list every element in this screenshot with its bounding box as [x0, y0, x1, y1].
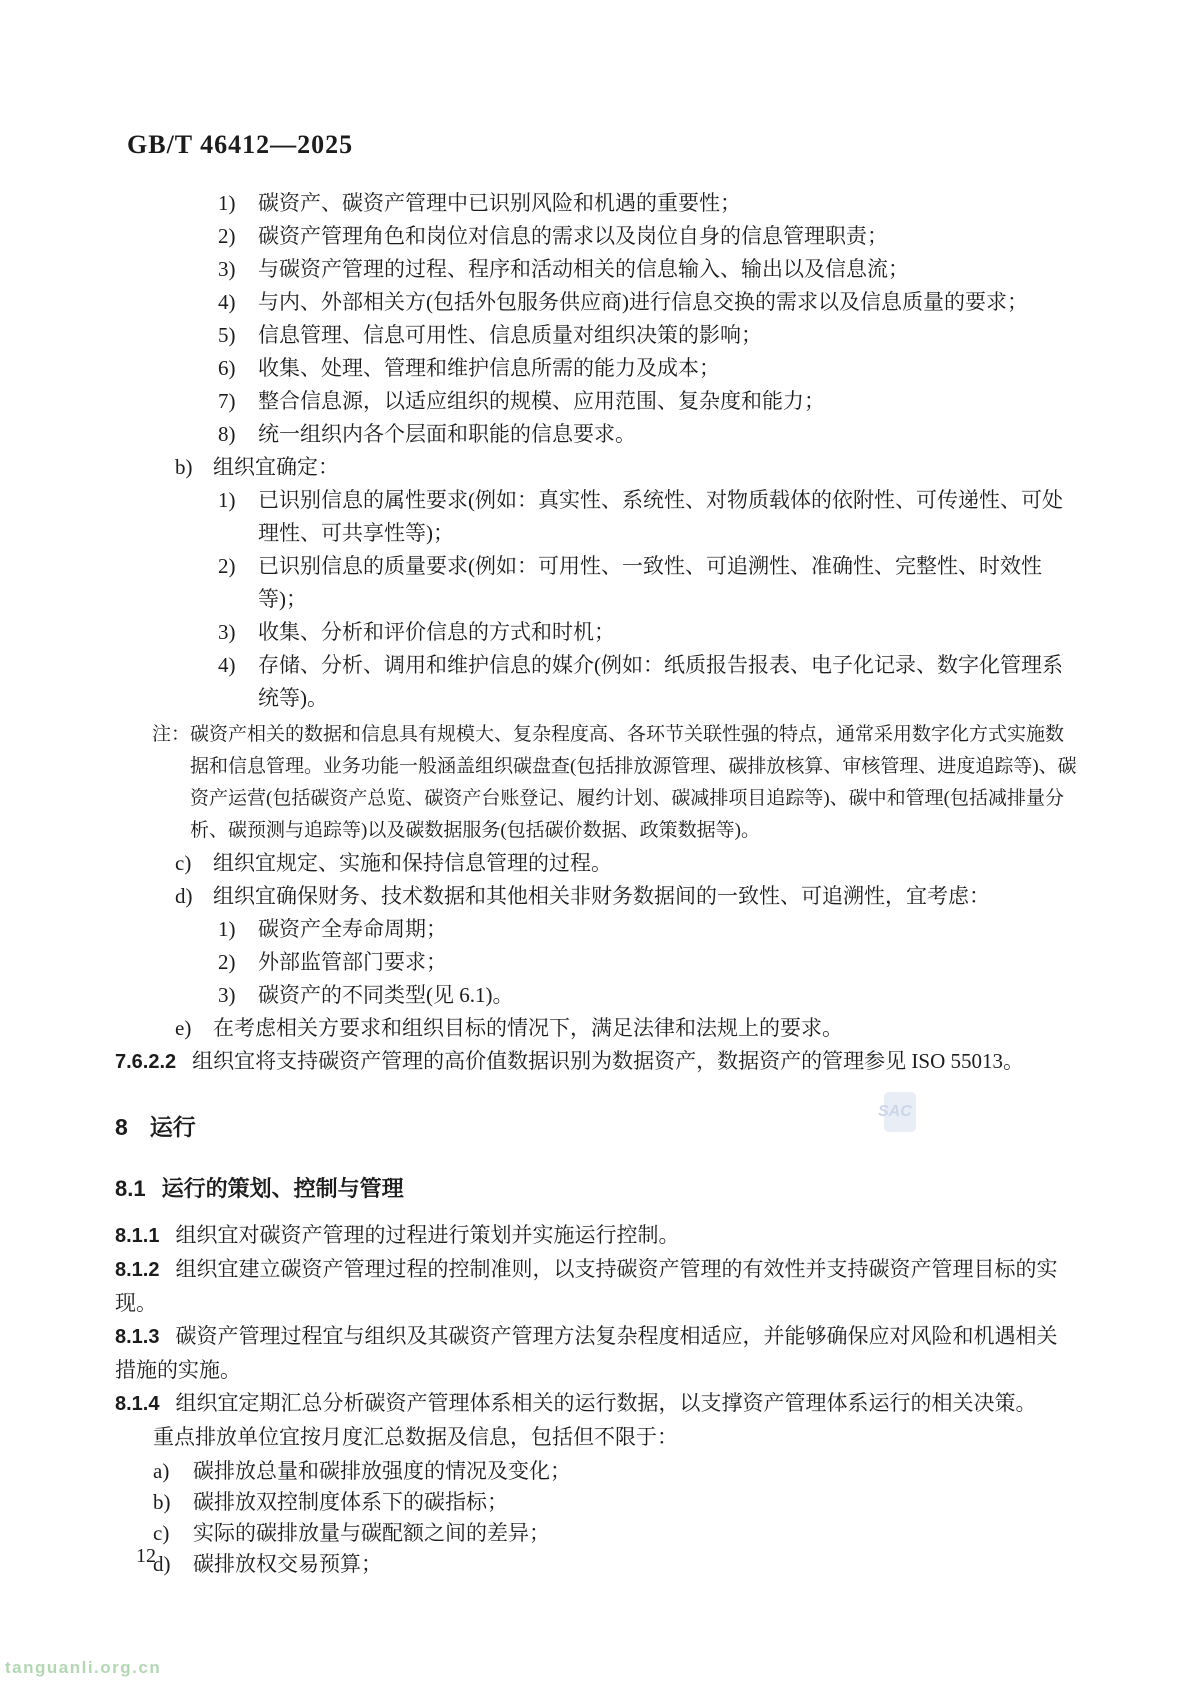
list-marker: 2)	[218, 946, 258, 979]
list-text: 碳资产全寿命周期；	[258, 917, 447, 941]
site-watermark: tanguanli.org.cn	[5, 1658, 161, 1678]
note-text: 碳资产相关的数据和信息具有规模大、复杂程度高、各环节关联性强的特点，通常采用数字…	[190, 724, 1077, 841]
list-item-b: b)组织宜确定：	[115, 451, 1078, 484]
list-text: 整合信息源，以适应组织的规模、应用范围、复杂度和能力；	[258, 389, 825, 413]
clause-8-1-4: 8.1.4组织宜定期汇总分析碳资产管理体系相关的运行数据，以支撑资产管理体系运行…	[115, 1387, 1078, 1421]
section-title: 运行的策划、控制与管理	[162, 1176, 404, 1201]
sac-watermark: SAC	[884, 1092, 944, 1136]
list-item: 5)信息管理、信息可用性、信息质量对组织决策的影响；	[115, 319, 1078, 352]
list-marker: 7)	[218, 385, 258, 418]
clause-number: 8.1.4	[115, 1393, 159, 1415]
section-number: 8	[115, 1114, 128, 1140]
list-text: 碳排放权交易预算；	[193, 1552, 382, 1576]
clause-text: 组织宜定期汇总分析碳资产管理体系相关的运行数据，以支撑资产管理体系运行的相关决策…	[175, 1391, 1036, 1415]
clause-8-1-2: 8.1.2组织宜建立碳资产管理过程的控制准则，以支持碳资产管理的有效性并支持碳资…	[115, 1253, 1078, 1320]
list-marker: 5)	[218, 319, 258, 352]
note-label: 注：	[152, 719, 190, 751]
clause-8-1-3: 8.1.3碳资产管理过程宜与组织及其碳资产管理方法复杂程度相适应，并能够确保应对…	[115, 1320, 1078, 1387]
list-marker: b)	[175, 451, 213, 484]
list-marker: 8)	[218, 418, 258, 451]
list-text: 已识别信息的质量要求(例如：可用性、一致性、可追溯性、准确性、完整性、时效性等)…	[258, 554, 1042, 611]
page-content: GB/T 46412—2025 1)碳资产、碳资产管理中已识别风险和机遇的重要性…	[115, 0, 1078, 1580]
list-text: 存储、分析、调用和维护信息的媒介(例如：纸质报告报表、电子化记录、数字化管理系统…	[258, 653, 1063, 710]
list-text: 组织宜确保财务、技术数据和其他相关非财务数据间的一致性、可追溯性，宜考虑：	[213, 884, 990, 908]
list-item: c)实际的碳排放量与碳配额之间的差异；	[115, 1518, 1078, 1549]
list-text: 组织宜确定：	[213, 455, 339, 479]
clause-text: 组织宜建立碳资产管理过程的控制准则，以支持碳资产管理的有效性并支持碳资产管理目标…	[115, 1257, 1057, 1315]
list-item: 8)统一组织内各个层面和职能的信息要求。	[115, 418, 1078, 451]
list-item: 3)收集、分析和评价信息的方式和时机；	[115, 616, 1078, 649]
paragraph-monthly-summary: 重点排放单位宜按月度汇总数据及信息，包括但不限于：	[115, 1421, 1078, 1454]
list-marker: 2)	[218, 550, 258, 583]
list-item: 7)整合信息源，以适应组织的规模、应用范围、复杂度和能力；	[115, 385, 1078, 418]
list-text: 收集、处理、管理和维护信息所需的能力及成本；	[258, 356, 720, 380]
lettered-list-bottom: a)碳排放总量和碳排放强度的情况及变化； b)碳排放双控制度体系下的碳指标； c…	[115, 1456, 1078, 1580]
list-marker: 1)	[218, 187, 258, 220]
list-item: 4)与内、外部相关方(包括外包服务供应商)进行信息交换的需求以及信息质量的要求；	[115, 286, 1078, 319]
list-marker: 3)	[218, 979, 258, 1012]
list-item: 2)外部监管部门要求；	[115, 946, 1078, 979]
list-text: 组织宜规定、实施和保持信息管理的过程。	[213, 851, 612, 875]
list-text: 与内、外部相关方(包括外包服务供应商)进行信息交换的需求以及信息质量的要求；	[258, 290, 1028, 314]
sac-logo-text: SAC	[878, 1103, 912, 1121]
document-page: GB/T 46412—2025 1)碳资产、碳资产管理中已识别风险和机遇的重要性…	[0, 0, 1190, 1684]
list-marker: 1)	[218, 913, 258, 946]
list-text: 碳资产的不同类型(见 6.1)。	[258, 983, 514, 1007]
list-item: 4)存储、分析、调用和维护信息的媒介(例如：纸质报告报表、电子化记录、数字化管理…	[115, 649, 1078, 715]
list-text: 碳排放总量和碳排放强度的情况及变化；	[193, 1459, 571, 1483]
list-text: 碳资产管理角色和岗位对信息的需求以及岗位自身的信息管理职责；	[258, 224, 888, 248]
list-item: 1)碳资产全寿命周期；	[115, 913, 1078, 946]
list-item: 2)已识别信息的质量要求(例如：可用性、一致性、可追溯性、准确性、完整性、时效性…	[115, 550, 1078, 616]
list-marker: 6)	[218, 352, 258, 385]
clause-number: 8.1.3	[115, 1326, 159, 1348]
list-text: 收集、分析和评价信息的方式和时机；	[258, 620, 615, 644]
section-number: 8.1	[115, 1176, 146, 1201]
list-item: 3)与碳资产管理的过程、程序和活动相关的信息输入、输出以及信息流；	[115, 253, 1078, 286]
list-item-e: e)在考虑相关方要求和组织目标的情况下，满足法律和法规上的要求。	[115, 1012, 1078, 1045]
list-text: 实际的碳排放量与碳配额之间的差异；	[193, 1521, 550, 1545]
list-text: 碳排放双控制度体系下的碳指标；	[193, 1490, 508, 1514]
clause-text: 组织宜对碳资产管理的过程进行策划并实施运行控制。	[175, 1223, 679, 1247]
list-text: 碳资产、碳资产管理中已识别风险和机遇的重要性；	[258, 191, 741, 215]
list-item-c: c)组织宜规定、实施和保持信息管理的过程。	[115, 847, 1078, 880]
list-item: 6)收集、处理、管理和维护信息所需的能力及成本；	[115, 352, 1078, 385]
list-text: 信息管理、信息可用性、信息质量对组织决策的影响；	[258, 323, 762, 347]
list-item: 1)碳资产、碳资产管理中已识别风险和机遇的重要性；	[115, 187, 1078, 220]
list-marker: c)	[175, 847, 213, 880]
list-marker: c)	[153, 1518, 193, 1549]
list-text: 已识别信息的属性要求(例如：真实性、系统性、对物质载体的依附性、可传递性、可处理…	[258, 488, 1063, 545]
list-item: b)碳排放双控制度体系下的碳指标；	[115, 1487, 1078, 1518]
list-text: 外部监管部门要求；	[258, 950, 447, 974]
list-item: d)碳排放权交易预算；	[115, 1549, 1078, 1580]
list-item: a)碳排放总量和碳排放强度的情况及变化；	[115, 1456, 1078, 1487]
clause-number: 8.1.2	[115, 1259, 159, 1281]
list-marker: e)	[175, 1012, 213, 1045]
list-item: 2)碳资产管理角色和岗位对信息的需求以及岗位自身的信息管理职责；	[115, 220, 1078, 253]
list-item: 3)碳资产的不同类型(见 6.1)。	[115, 979, 1078, 1012]
list-item: 1)已识别信息的属性要求(例如：真实性、系统性、对物质载体的依附性、可传递性、可…	[115, 484, 1078, 550]
note-block: 注：碳资产相关的数据和信息具有规模大、复杂程度高、各环节关联性强的特点，通常采用…	[115, 719, 1078, 847]
list-marker: b)	[153, 1487, 193, 1518]
numbered-list-top: 1)碳资产、碳资产管理中已识别风险和机遇的重要性； 2)碳资产管理角色和岗位对信…	[115, 187, 1078, 451]
clause-number: 8.1.1	[115, 1225, 159, 1247]
list-text: 在考虑相关方要求和组织目标的情况下，满足法律和法规上的要求。	[213, 1016, 843, 1040]
section-8-1-heading: 8.1运行的策划、控制与管理	[115, 1172, 1078, 1205]
list-marker: 1)	[218, 484, 258, 517]
clause-text: 组织宜将支持碳资产管理的高价值数据识别为数据资产，数据资产的管理参见 ISO 5…	[192, 1049, 1024, 1073]
list-text: 统一组织内各个层面和职能的信息要求。	[258, 422, 636, 446]
list-marker: 3)	[218, 616, 258, 649]
list-marker: 4)	[218, 649, 258, 682]
clause-8-1-1: 8.1.1组织宜对碳资产管理的过程进行策划并实施运行控制。	[115, 1219, 1078, 1253]
list-marker: 2)	[218, 220, 258, 253]
clause-text: 碳资产管理过程宜与组织及其碳资产管理方法复杂程度相适应，并能够确保应对风险和机遇…	[115, 1324, 1057, 1382]
list-text: 与碳资产管理的过程、程序和活动相关的信息输入、输出以及信息流；	[258, 257, 909, 281]
page-number: 12	[136, 1544, 156, 1568]
list-marker: a)	[153, 1456, 193, 1487]
list-marker: 3)	[218, 253, 258, 286]
section-title: 运行	[150, 1114, 196, 1140]
numbered-sublist-b: 1)已识别信息的属性要求(例如：真实性、系统性、对物质载体的依附性、可传递性、可…	[115, 484, 1078, 715]
standard-number-header: GB/T 46412—2025	[127, 128, 1078, 161]
list-marker: d)	[175, 880, 213, 913]
clause-number: 7.6.2.2	[115, 1051, 176, 1073]
numbered-sublist-d: 1)碳资产全寿命周期； 2)外部监管部门要求； 3)碳资产的不同类型(见 6.1…	[115, 913, 1078, 1012]
clause-7-6-2-2: 7.6.2.2组织宜将支持碳资产管理的高价值数据识别为数据资产，数据资产的管理参…	[115, 1045, 1078, 1079]
list-marker: d)	[153, 1549, 193, 1580]
list-marker: 4)	[218, 286, 258, 319]
list-item-d: d)组织宜确保财务、技术数据和其他相关非财务数据间的一致性、可追溯性，宜考虑：	[115, 880, 1078, 913]
